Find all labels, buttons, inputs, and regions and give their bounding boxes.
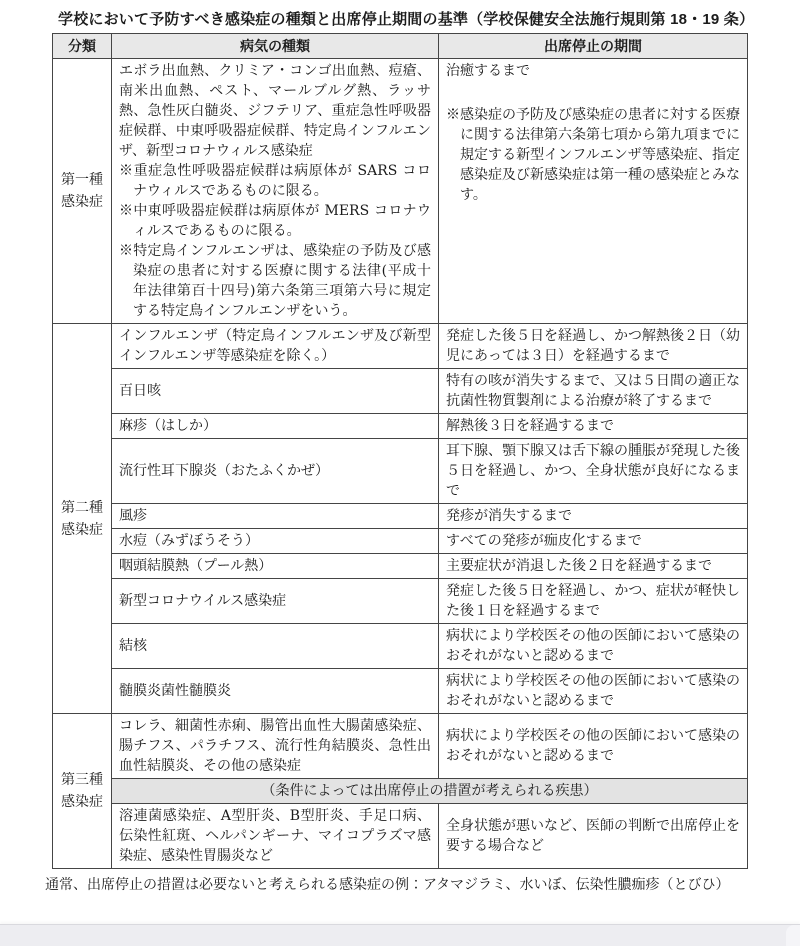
table-header-row: 分類 病気の種類 出席停止の期間 <box>53 34 748 59</box>
document-page: { "title": "学校において予防すべき感染症の種類と出席停止期間の基準（… <box>0 0 800 946</box>
section2-category-cell: 第二種 感染症 <box>53 324 112 714</box>
period-cell: 病状により学校医その他の医師において感染のおそれがないと認めるまで <box>439 714 748 779</box>
section1-category-cell: 第一種 感染症 <box>53 59 112 324</box>
disease-cell: 流行性耳下腺炎（おたふくかぜ） <box>112 439 439 504</box>
disease-cell: 百日咳 <box>112 369 439 414</box>
period-cell: すべての発疹が痂皮化するまで <box>439 529 748 554</box>
section1-disease-cell: エボラ出血熱、クリミア・コンゴ出血熱、痘瘡、南米出血熱、ペスト、マールブルグ熱、… <box>112 59 439 324</box>
section1-period-cell: 治癒するまで ※感染症の予防及び感染症の患者に対する医療に関する法律第六条第七項… <box>439 59 748 324</box>
table-row: （条件によっては出席停止の措置が考えられる疾患） <box>53 779 748 804</box>
table-row: 水痘（みずぼうそう） すべての発疹が痂皮化するまで <box>53 529 748 554</box>
period-cell: 全身状態が悪いなど、医師の判断で出席停止を要する場合など <box>439 804 748 869</box>
section1-note-mers: ※中東呼吸器症候群は病原体が MERS コロナウィルスであるものに限る。 <box>119 201 431 241</box>
table-row: 第二種 感染症 インフルエンザ（特定鳥インフルエンザ及び新型インフルエンザ等感染… <box>53 324 748 369</box>
disease-cell: インフルエンザ（特定鳥インフルエンザ及び新型インフルエンザ等感染症を除く。） <box>112 324 439 369</box>
period-cell: 解熱後３日を経過するまで <box>439 414 748 439</box>
conditional-suspension-header: （条件によっては出席停止の措置が考えられる疾患） <box>112 779 748 804</box>
period-cell: 特有の咳が消失するまで、又は５日間の適正な抗菌性物質製剤による治療が終了するまで <box>439 369 748 414</box>
table-row: 麻疹（はしか） 解熱後３日を経過するまで <box>53 414 748 439</box>
disease-cell: 髄膜炎菌性髄膜炎 <box>112 669 439 714</box>
bottom-bar-corner <box>786 925 800 946</box>
period-cell: 耳下腺、顎下腺又は舌下線の腫脹が発現した後５日を経過し、かつ、全身状態が良好にな… <box>439 439 748 504</box>
table-row: 流行性耳下腺炎（おたふくかぜ） 耳下腺、顎下腺又は舌下線の腫脹が発現した後５日を… <box>53 439 748 504</box>
section1-period-text: 治癒するまで <box>446 61 740 81</box>
table-row: 百日咳 特有の咳が消失するまで、又は５日間の適正な抗菌性物質製剤による治療が終了… <box>53 369 748 414</box>
period-cell: 主要症状が消退した後２日を経過するまで <box>439 554 748 579</box>
disease-cell: 風疹 <box>112 504 439 529</box>
section3-category-cell: 第三種 感染症 <box>53 714 112 869</box>
disease-cell: 水痘（みずぼうそう） <box>112 529 439 554</box>
infection-table: 分類 病気の種類 出席停止の期間 第一種 感染症 エボラ出血熱、クリミア・コンゴ… <box>52 33 748 869</box>
period-cell: 病状により学校医その他の医師において感染のおそれがないと認めるまで <box>439 669 748 714</box>
header-classification: 分類 <box>53 34 112 59</box>
table-row: 髄膜炎菌性髄膜炎 病状により学校医その他の医師において感染のおそれがないと認める… <box>53 669 748 714</box>
table-row: 咽頭結膜熱（プール熱） 主要症状が消退した後２日を経過するまで <box>53 554 748 579</box>
header-disease-type: 病気の種類 <box>112 34 439 59</box>
period-cell: 発症した後５日を経過し、かつ解熱後２日（幼児にあっては３日）を経過するまで <box>439 324 748 369</box>
bottom-bar <box>0 924 800 946</box>
section1-note-sars: ※重症急性呼吸器症候群は病原体が SARS コロナウィルスであるものに限る。 <box>119 161 431 201</box>
section1-row: 第一種 感染症 エボラ出血熱、クリミア・コンゴ出血熱、痘瘡、南米出血熱、ペスト、… <box>53 59 748 324</box>
section1-note-avian-flu: ※特定鳥インフルエンザは、感染症の予防及び感染症の患者に対する医療に関する法律(… <box>119 241 431 321</box>
section1-period-note: ※感染症の予防及び感染症の患者に対する医療に関する法律第六条第七項から第九項まで… <box>446 105 740 205</box>
disease-cell: 新型コロナウイルス感染症 <box>112 579 439 624</box>
page-title: 学校において予防すべき感染症の種類と出席停止期間の基準（学校保健安全法施行規則第… <box>58 10 748 30</box>
disease-cell: 結核 <box>112 624 439 669</box>
disease-cell: 溶連菌感染症、A型肝炎、B型肝炎、手足口病、伝染性紅斑、ヘルパンギーナ、マイコプ… <box>112 804 439 869</box>
table-row: 第三種 感染症 コレラ、細菌性赤痢、腸管出血性大腸菌感染症、腸チフス、パラチフス… <box>53 714 748 779</box>
disease-cell: 咽頭結膜熱（プール熱） <box>112 554 439 579</box>
period-cell: 発症した後５日を経過し、かつ、症状が軽快した後１日を経過するまで <box>439 579 748 624</box>
table-row: 結核 病状により学校医その他の医師において感染のおそれがないと認めるまで <box>53 624 748 669</box>
table-row: 溶連菌感染症、A型肝炎、B型肝炎、手足口病、伝染性紅斑、ヘルパンギーナ、マイコプ… <box>53 804 748 869</box>
period-cell: 発疹が消失するまで <box>439 504 748 529</box>
document-body: 学校において予防すべき感染症の種類と出席停止期間の基準（学校保健安全法施行規則第… <box>0 0 800 895</box>
table-row: 風疹 発疹が消失するまで <box>53 504 748 529</box>
section1-disease-list: エボラ出血熱、クリミア・コンゴ出血熱、痘瘡、南米出血熱、ペスト、マールブルグ熱、… <box>119 61 431 161</box>
period-cell: 病状により学校医その他の医師において感染のおそれがないと認めるまで <box>439 624 748 669</box>
disease-cell: 麻疹（はしか） <box>112 414 439 439</box>
footer-note: 通常、出席停止の措置は必要ないと考えられる感染症の例：アタマジラミ、水いぼ、伝染… <box>45 875 748 895</box>
table-row: 新型コロナウイルス感染症 発症した後５日を経過し、かつ、症状が軽快した後１日を経… <box>53 579 748 624</box>
disease-cell: コレラ、細菌性赤痢、腸管出血性大腸菌感染症、腸チフス、パラチフス、流行性角結膜炎… <box>112 714 439 779</box>
header-suspension-period: 出席停止の期間 <box>439 34 748 59</box>
